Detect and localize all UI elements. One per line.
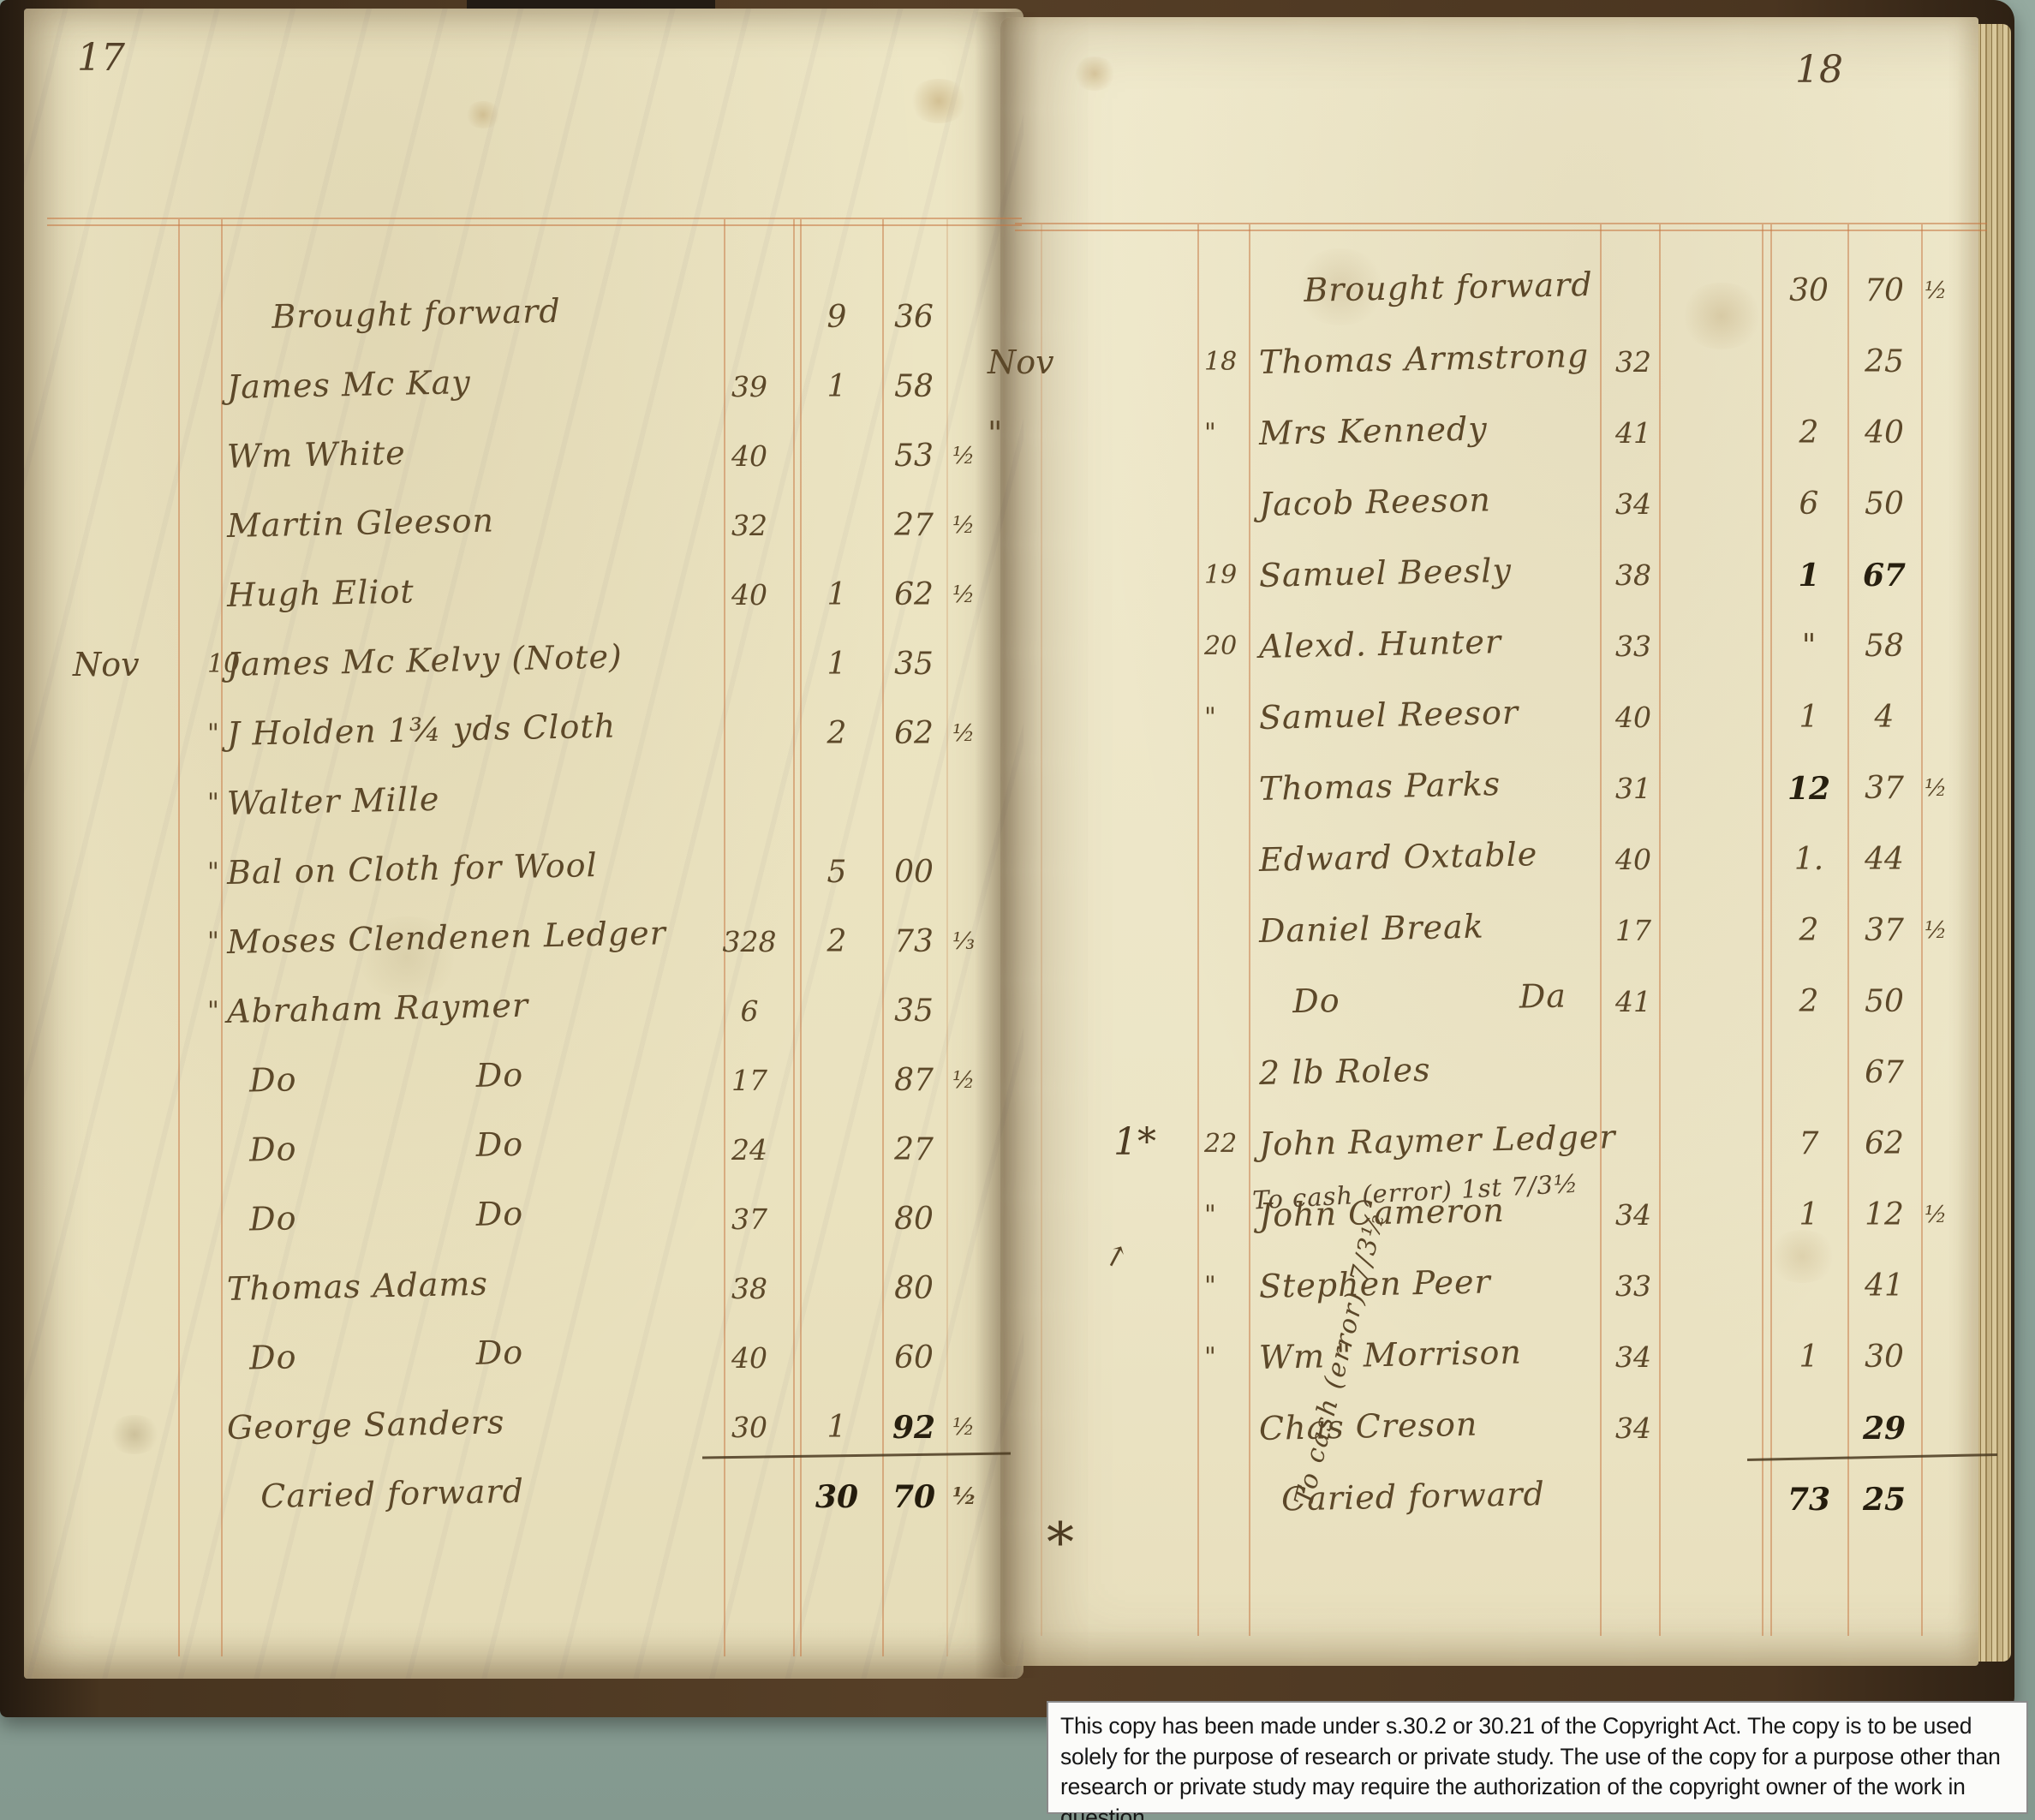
cell-dollars: 30 bbox=[794, 1462, 880, 1531]
cell-date bbox=[988, 1179, 1090, 1250]
cell-date bbox=[988, 1250, 1090, 1322]
cell-cents: 4 bbox=[1847, 682, 1921, 753]
ledger-table-right: Brought forward3070½Nov18Thomas Armstron… bbox=[923, 255, 1994, 1535]
cell-name: Do Da bbox=[1258, 959, 1602, 1037]
cell-ref: 33 bbox=[1602, 1250, 1664, 1322]
cell-ref: 40 bbox=[1602, 824, 1664, 895]
cell-ref: 34 bbox=[1602, 468, 1664, 540]
cell-name: Edward Oxtable bbox=[1258, 817, 1602, 895]
cell-fraction bbox=[1925, 468, 1991, 540]
cell-fraction bbox=[1925, 682, 1991, 753]
cell-fraction bbox=[1925, 1464, 1991, 1535]
cell-day bbox=[1204, 824, 1256, 895]
cell-fraction bbox=[1925, 1250, 1991, 1322]
cell-ref bbox=[702, 1462, 797, 1531]
cell-day bbox=[1204, 255, 1256, 326]
ledger-row: ""Mrs Kennedy41240 bbox=[923, 397, 1994, 468]
cell-name: James Mc Kelvy (Note) bbox=[226, 619, 720, 699]
cell-cents: 37 bbox=[1847, 895, 1921, 966]
cell-dollars: 1. bbox=[1770, 824, 1847, 895]
cell-day: " bbox=[1204, 397, 1256, 468]
cell-ref: 17 bbox=[1602, 895, 1664, 966]
cell-dollars bbox=[1770, 1250, 1847, 1322]
cell-dollars: 6 bbox=[1770, 468, 1847, 540]
cell-name: J Holden 1¾ yds Cloth bbox=[226, 689, 720, 768]
ledger-row: "Stephen Peer3341 bbox=[923, 1250, 1994, 1322]
cell-date bbox=[988, 753, 1090, 824]
cell-cents: 67 bbox=[1847, 540, 1921, 611]
cell-day: 18 bbox=[1204, 326, 1256, 397]
cell-day bbox=[1204, 468, 1256, 540]
ledger-row: Daniel Break17237½ bbox=[923, 895, 1994, 966]
cell-ref: 41 bbox=[1602, 397, 1664, 468]
cell-cents: 62 bbox=[1847, 1108, 1921, 1179]
head-rule bbox=[1015, 223, 1987, 224]
cell-cents: 50 bbox=[1847, 966, 1921, 1037]
cell-fraction: ½ bbox=[1925, 255, 1991, 326]
cell-name: Do Do bbox=[226, 1313, 720, 1393]
asterisk-mark: * bbox=[1047, 1512, 1074, 1575]
ledger-row: Edward Oxtable401.44 bbox=[923, 824, 1994, 895]
ledger-scan: 17 18 Brought forward936James Mc Kay3915… bbox=[0, 0, 2035, 1820]
cell-dollars: 1 bbox=[794, 1393, 880, 1462]
ledger-row: Nov18Thomas Armstrong3225 bbox=[923, 326, 1994, 397]
raymer-flag-mark: 1* bbox=[1113, 1120, 1156, 1164]
cell-name: Do Do bbox=[226, 1105, 720, 1184]
cell-ref: 38 bbox=[1602, 540, 1664, 611]
cell-dollars: 1 bbox=[1770, 1179, 1847, 1250]
cell-name: Hugh Eliot bbox=[226, 550, 720, 630]
cell-date bbox=[73, 491, 174, 560]
cell-name: Alexd. Hunter bbox=[1258, 604, 1602, 682]
cell-name: Walter Mille bbox=[226, 758, 720, 838]
cell-day: 19 bbox=[1204, 540, 1256, 611]
ledger-row: 19Samuel Beesly38167 bbox=[923, 540, 1994, 611]
cell-date bbox=[73, 838, 174, 907]
cell-cents: 50 bbox=[1847, 468, 1921, 540]
cell-date bbox=[73, 1323, 174, 1393]
cell-date bbox=[988, 895, 1090, 966]
cell-date bbox=[73, 907, 174, 976]
cell-name: Wm " Morrison bbox=[1258, 1315, 1602, 1393]
cell-ref: 34 bbox=[1602, 1393, 1664, 1464]
cell-dollars bbox=[794, 976, 880, 1046]
cell-cents: 67 bbox=[1847, 1037, 1921, 1108]
cell-fraction bbox=[1925, 824, 1991, 895]
cell-name: James Mc Kay bbox=[226, 342, 720, 421]
cell-name: Brought forward bbox=[226, 272, 720, 352]
cell-date bbox=[988, 468, 1090, 540]
cell-day bbox=[1204, 1464, 1256, 1535]
cell-dollars bbox=[794, 1115, 880, 1184]
head-rule bbox=[47, 218, 1022, 219]
cell-name: Thomas Adams bbox=[226, 1244, 720, 1323]
cell-dollars: 12 bbox=[1770, 753, 1847, 824]
cell-dollars bbox=[794, 1046, 880, 1115]
cell-name: Do Do bbox=[226, 1174, 720, 1254]
cell-day: " bbox=[1204, 1322, 1256, 1393]
cell-fraction bbox=[1925, 326, 1991, 397]
cell-ref: 31 bbox=[1602, 753, 1664, 824]
cell-date bbox=[988, 1037, 1090, 1108]
cell-name: John Raymer Ledger bbox=[1258, 1101, 1602, 1179]
cell-fraction bbox=[1925, 1108, 1991, 1179]
cell-cents: 25 bbox=[1847, 1464, 1921, 1535]
cell-dollars bbox=[794, 768, 880, 838]
cell-name: Samuel Beesly bbox=[1258, 533, 1602, 611]
cell-name: Brought forward bbox=[1258, 248, 1602, 326]
ledger-row: 2 lb Roles67 bbox=[923, 1037, 1994, 1108]
cell-fraction bbox=[1925, 397, 1991, 468]
ledger-row: "Samuel Reesor4014 bbox=[923, 682, 1994, 753]
cell-ref bbox=[1602, 1464, 1664, 1535]
cell-dollars: 1 bbox=[1770, 540, 1847, 611]
cell-date bbox=[73, 1115, 174, 1184]
cell-dollars: 2 bbox=[1770, 966, 1847, 1037]
cell-date bbox=[988, 682, 1090, 753]
cell-name: Daniel Break bbox=[1258, 888, 1602, 966]
cell-date bbox=[73, 352, 174, 421]
cell-date bbox=[988, 1108, 1090, 1179]
cell-dollars: 2 bbox=[794, 907, 880, 976]
cell-day: " bbox=[1204, 682, 1256, 753]
cell-dollars: 1 bbox=[794, 560, 880, 630]
cell-dollars: 1 bbox=[1770, 1322, 1847, 1393]
cell-name: Thomas Armstrong bbox=[1258, 319, 1602, 397]
cell-date bbox=[73, 699, 174, 768]
cell-fraction: ½ bbox=[1925, 753, 1991, 824]
cell-date: Nov bbox=[988, 326, 1090, 397]
cell-date bbox=[988, 1322, 1090, 1393]
cell-date bbox=[73, 421, 174, 491]
cell-dollars: 1 bbox=[794, 630, 880, 699]
cell-day bbox=[1204, 1037, 1256, 1108]
cell-date bbox=[73, 1046, 174, 1115]
cell-name: 2 lb Roles bbox=[1258, 1030, 1602, 1108]
cell-name: Caried forward bbox=[226, 1452, 720, 1531]
cell-fraction bbox=[1925, 540, 1991, 611]
cell-dollars: 30 bbox=[1770, 255, 1847, 326]
cell-name: Martin Gleeson bbox=[226, 480, 720, 560]
cell-name: Thomas Parks bbox=[1258, 746, 1602, 824]
cell-name: Abraham Raymer bbox=[226, 966, 720, 1046]
cell-name: Mrs Kennedy bbox=[1258, 391, 1602, 468]
cell-date bbox=[73, 976, 174, 1046]
cell-day bbox=[1204, 895, 1256, 966]
cell-dollars: 73 bbox=[1770, 1464, 1847, 1535]
cell-dollars bbox=[1770, 1393, 1847, 1464]
cell-ref: 32 bbox=[1602, 326, 1664, 397]
cell-dollars bbox=[794, 1254, 880, 1323]
cell-day bbox=[1204, 1393, 1256, 1464]
cell-fraction bbox=[1925, 611, 1991, 682]
cell-name: Moses Clendenen Ledger bbox=[226, 897, 720, 976]
cell-fraction: ½ bbox=[1925, 895, 1991, 966]
cell-cents: 58 bbox=[1847, 611, 1921, 682]
cell-day bbox=[1204, 966, 1256, 1037]
cell-date bbox=[73, 1393, 174, 1462]
copyright-notice: This copy has been made under s.30.2 or … bbox=[1047, 1701, 2028, 1814]
page-number-right: 18 bbox=[1795, 48, 1843, 92]
cell-date bbox=[988, 824, 1090, 895]
cell-dollars: 9 bbox=[794, 283, 880, 352]
cell-fraction bbox=[1925, 966, 1991, 1037]
cell-date bbox=[73, 283, 174, 352]
ledger-row: Brought forward3070½ bbox=[923, 255, 1994, 326]
ledger-row: Chas Creson3429 bbox=[923, 1393, 1994, 1464]
cell-cents: 40 bbox=[1847, 397, 1921, 468]
cell-name: Stephen Peer bbox=[1258, 1244, 1602, 1322]
cell-day: " bbox=[1204, 1250, 1256, 1322]
cell-ref: 41 bbox=[1602, 966, 1664, 1037]
cell-date bbox=[988, 255, 1090, 326]
cell-fraction: ½ bbox=[1925, 1179, 1991, 1250]
cell-dollars: 2 bbox=[794, 699, 880, 768]
cell-day: " bbox=[1204, 1179, 1256, 1250]
cell-day: 20 bbox=[1204, 611, 1256, 682]
cell-date bbox=[73, 1184, 174, 1254]
cell-cents: 41 bbox=[1847, 1250, 1921, 1322]
cell-date bbox=[988, 611, 1090, 682]
cell-dollars: " bbox=[1770, 611, 1847, 682]
ledger-row: 22John Raymer Ledger762 bbox=[923, 1108, 1994, 1179]
cell-dollars bbox=[794, 421, 880, 491]
cell-dollars: 7 bbox=[1770, 1108, 1847, 1179]
cell-cents: 29 bbox=[1847, 1393, 1921, 1464]
cell-dollars: 2 bbox=[1770, 397, 1847, 468]
cell-dollars bbox=[1770, 326, 1847, 397]
cell-ref bbox=[1602, 1037, 1664, 1108]
cell-name: Bal on Cloth for Wool bbox=[226, 827, 720, 907]
cell-ref: 34 bbox=[1602, 1322, 1664, 1393]
page-number-left: 17 bbox=[77, 36, 125, 80]
ledger-row: 20Alexd. Hunter33"58 bbox=[923, 611, 1994, 682]
head-rule bbox=[47, 224, 1022, 226]
cell-cents: 44 bbox=[1847, 824, 1921, 895]
cell-date bbox=[73, 560, 174, 630]
cell-name: Samuel Reesor bbox=[1258, 675, 1602, 753]
cell-date bbox=[988, 1393, 1090, 1464]
cell-dollars bbox=[794, 491, 880, 560]
cell-name: Wm White bbox=[226, 411, 720, 491]
cell-cents: 30 bbox=[1847, 1322, 1921, 1393]
cell-ref: 40 bbox=[1602, 682, 1664, 753]
cell-cents: 70 bbox=[1847, 255, 1921, 326]
cell-fraction bbox=[1925, 1322, 1991, 1393]
ledger-row: Caried forward7325 bbox=[923, 1464, 1994, 1535]
ledger-row: Jacob Reeson34650 bbox=[923, 468, 1994, 540]
cell-ref: 33 bbox=[1602, 611, 1664, 682]
cell-date bbox=[988, 1464, 1090, 1535]
cell-name: George Sanders bbox=[226, 1382, 720, 1462]
ledger-row: Thomas Parks311237½ bbox=[923, 753, 1994, 824]
cell-ref bbox=[1602, 255, 1664, 326]
cell-dollars: 5 bbox=[794, 838, 880, 907]
cell-cents: 25 bbox=[1847, 326, 1921, 397]
cell-date bbox=[988, 966, 1090, 1037]
cell-name: Jacob Reeson bbox=[1258, 462, 1602, 540]
cell-cents: 12 bbox=[1847, 1179, 1921, 1250]
cell-fraction bbox=[1925, 1037, 1991, 1108]
cell-date bbox=[73, 1254, 174, 1323]
cell-dollars bbox=[794, 1323, 880, 1393]
cell-day bbox=[1204, 753, 1256, 824]
cell-dollars bbox=[1770, 1037, 1847, 1108]
cell-date: Nov bbox=[73, 630, 174, 699]
cell-dollars: 2 bbox=[1770, 895, 1847, 966]
ledger-row: Do Da41250 bbox=[923, 966, 1994, 1037]
cell-day: 22 bbox=[1204, 1108, 1256, 1179]
cell-date: " bbox=[988, 397, 1090, 468]
cell-dollars: 1 bbox=[794, 352, 880, 421]
cell-cents: 37 bbox=[1847, 753, 1921, 824]
cell-name: Do Do bbox=[226, 1035, 720, 1115]
cell-dollars bbox=[794, 1184, 880, 1254]
head-rule bbox=[1015, 230, 1987, 231]
cell-date bbox=[73, 768, 174, 838]
ledger-row: "Wm " Morrison34130 bbox=[923, 1322, 1994, 1393]
cell-dollars: 1 bbox=[1770, 682, 1847, 753]
cell-date bbox=[73, 1462, 174, 1531]
cell-date bbox=[988, 540, 1090, 611]
